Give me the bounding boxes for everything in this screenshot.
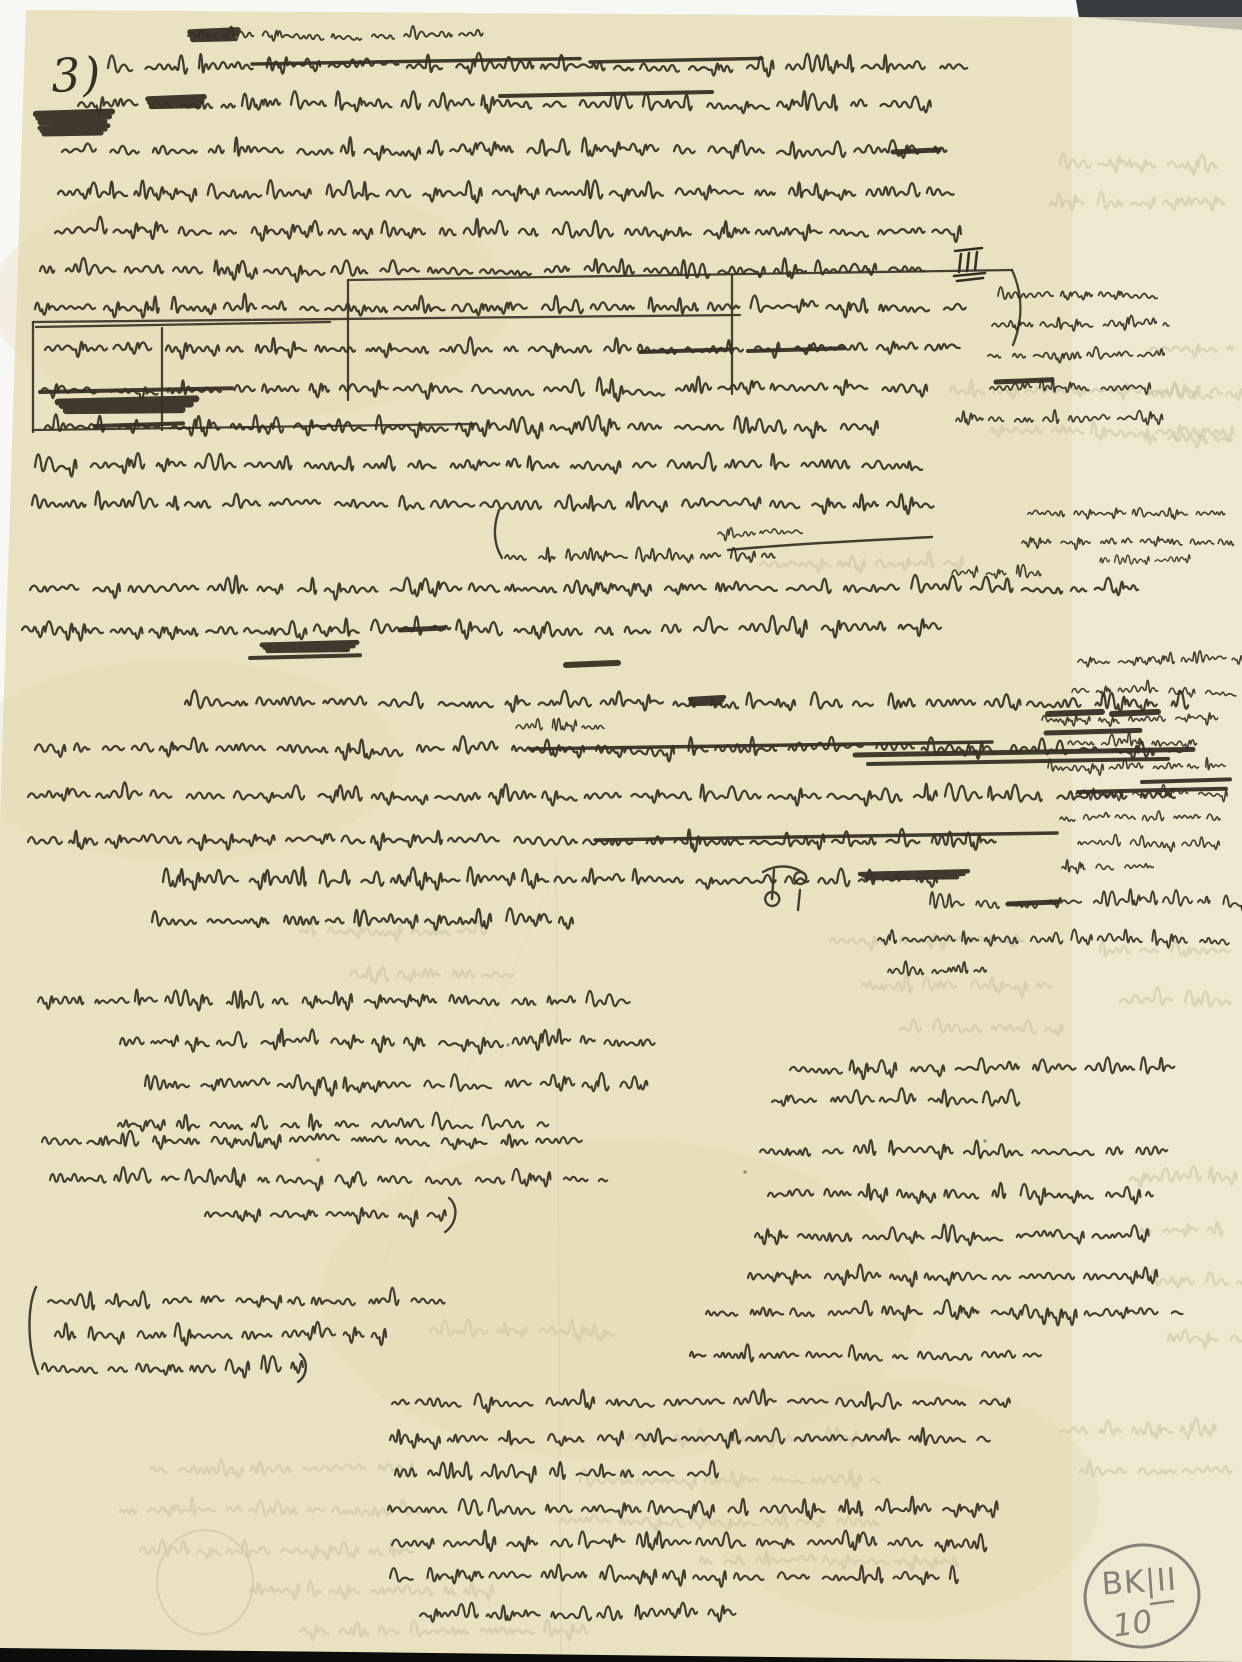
manuscript-page-scan: 3) BK|II 10 — [0, 0, 1242, 1662]
manuscript-scan-canvas: 3) BK|II 10 — [0, 0, 1242, 1662]
stamp-number-text: 10 — [1111, 1604, 1155, 1645]
page-number: 3) — [50, 46, 104, 103]
stamp-signature-text: BK|II — [1100, 1561, 1178, 1602]
paper-sheet — [0, 10, 1242, 1662]
page-number-text: 3) — [50, 46, 104, 103]
